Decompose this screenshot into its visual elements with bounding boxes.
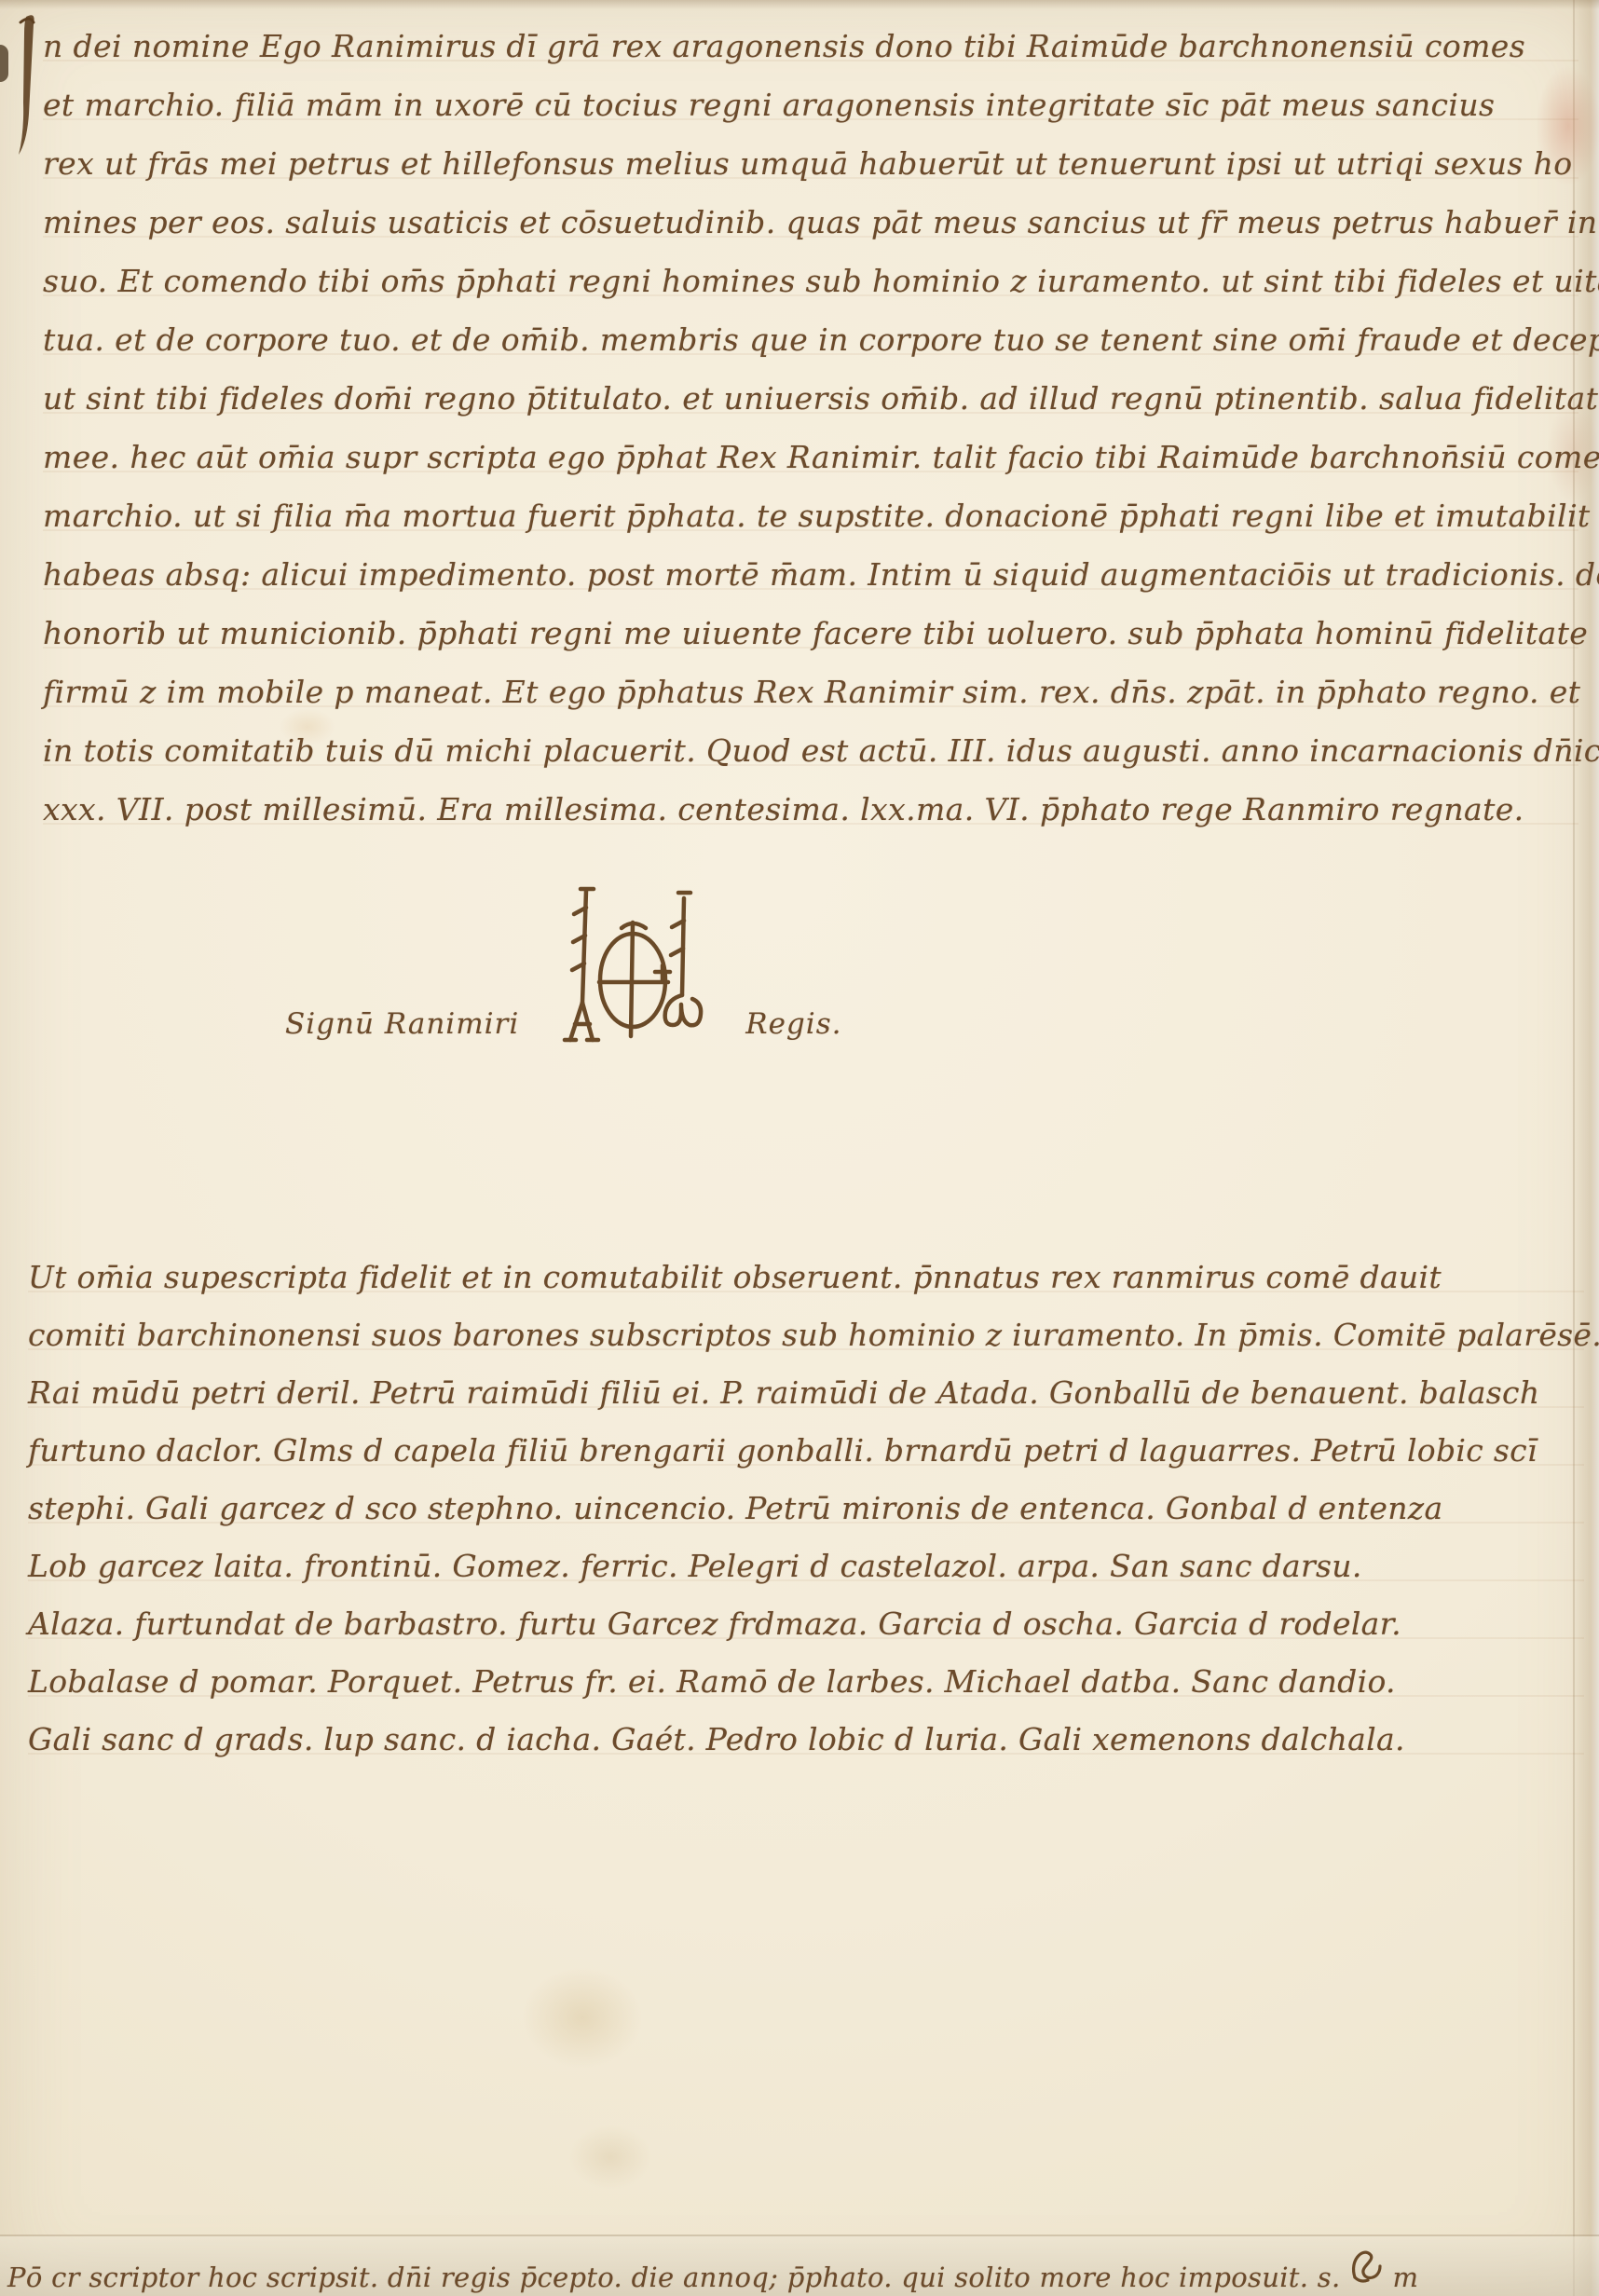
text-line: et marchio. filiā mām in uxorē cū tocius… — [43, 75, 1578, 134]
text-line: Gali sanc d grads. lup sanc. d iacha. Ga… — [28, 1711, 1584, 1769]
charter-text: n dei nomine Ego Ranimirus dī grā rex ar… — [43, 17, 1578, 839]
text-line: n dei nomine Ego Ranimirus dī grā rex ar… — [43, 17, 1578, 75]
manuscript-page: n dei nomine Ego Ranimirus dī grā rex ar… — [0, 0, 1599, 2296]
text-line: furtuno daclor. Glms d capela filiū bren… — [28, 1422, 1584, 1480]
text-line: in totis comitatib tuis dū michi placuer… — [43, 721, 1578, 780]
text-line: suo. Et comendo tibi om̄s p̄phati regni … — [43, 252, 1578, 310]
text-line: ut sint tibi fideles dom̄i regno p̄titul… — [43, 369, 1578, 428]
text-line: rex ut frās mei petrus et hillefonsus me… — [43, 134, 1578, 193]
text-line: Ut om̄ia supescripta fidelit et in comut… — [28, 1249, 1584, 1306]
edge-nick-mark — [0, 45, 8, 82]
signature-row: Signū Ranimiri — [285, 883, 841, 1054]
text-line: Lob garcez laita. frontinū. Gomez. ferri… — [28, 1537, 1584, 1595]
text-line: marchio. ut si filia m̄a mortua fuerit p… — [43, 486, 1578, 545]
text-line: xxx. VII. post millesimū. Era millesima.… — [43, 780, 1578, 839]
stain — [522, 1966, 643, 2069]
text-line: Lobalase d pomar. Porquet. Petrus fr. ei… — [28, 1653, 1584, 1711]
text-line: honorib ut municionib. p̄phati regni me … — [43, 604, 1578, 663]
colophon-end: m — [1392, 2262, 1418, 2293]
text-line: comiti barchinonensi suos barones subscr… — [28, 1306, 1584, 1364]
royal-monogram-icon — [551, 883, 714, 1054]
signature-suffix: Regis. — [745, 1007, 841, 1054]
text-line: stephi. Gali garcez d sco stephno. uince… — [28, 1480, 1584, 1537]
text-line: Alaza. furtundat de barbastro. furtu Gar… — [28, 1595, 1584, 1653]
colophon-text: Pō cr scriptor hoc scripsit. dn̄i regis … — [7, 2262, 1340, 2293]
signature-prefix: Signū Ranimiri — [285, 1007, 519, 1054]
text-line: mines per eos. saluis usaticis et cōsuet… — [43, 193, 1578, 252]
text-line: habeas absq: alicui impedimento. post mo… — [43, 545, 1578, 604]
stain — [568, 2125, 652, 2190]
scan-edge-top — [0, 0, 1599, 9]
scribe-knot-sign-icon — [1347, 2242, 1385, 2291]
text-line: mee. hec aūt om̄ia supr scripta ego p̄ph… — [43, 428, 1578, 486]
colophon: Pō cr scriptor hoc scripsit. dn̄i regis … — [7, 2242, 1418, 2293]
text-line: firmū z im mobile p maneat. Et ego p̄pha… — [43, 663, 1578, 721]
text-line: Rai mūdū petri deril. Petrū raimūdi fili… — [28, 1364, 1584, 1422]
oath-text: Ut om̄ia supescripta fidelit et in comut… — [28, 1249, 1584, 1769]
initial-letter-I-icon — [11, 13, 43, 166]
text-line: tua. et de corpore tuo. et de om̄ib. mem… — [43, 310, 1578, 369]
